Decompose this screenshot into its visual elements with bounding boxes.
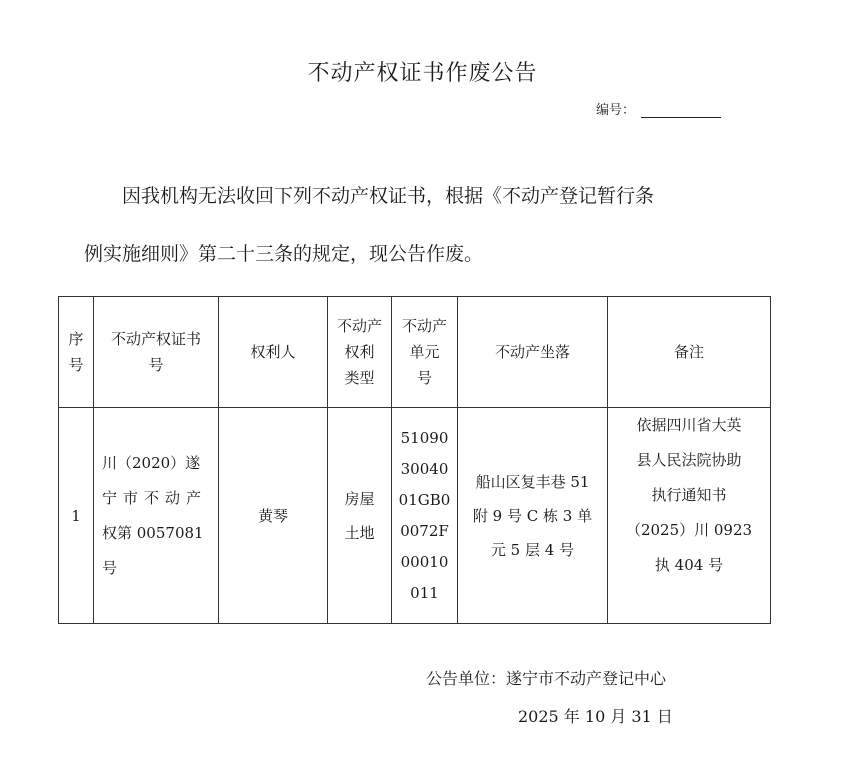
certificate-table: 序 号 不动产权证书 号 权利人 不动产 权利 类型 不动产 单元 号 不动产坐… bbox=[58, 296, 771, 624]
header-right-holder: 权利人 bbox=[219, 297, 328, 408]
cell-line: 0072F bbox=[394, 516, 455, 547]
cell-line: 30040 bbox=[394, 454, 455, 485]
table-row: 1 川（2020）遂 宁市不动产 权第 0057081 号 黄琴 房屋 土地 5… bbox=[59, 408, 771, 624]
cell-line: 执行通知书 bbox=[610, 478, 768, 513]
cell-line: 011 bbox=[394, 578, 455, 609]
cell-line: 51090 bbox=[394, 423, 455, 454]
announcement-body: 因我机构无法收回下列不动产权证书，根据《不动产登记暂行条 bbox=[84, 167, 764, 225]
header-certificate-number: 不动产权证书 号 bbox=[94, 297, 219, 408]
serial-label: 编号： bbox=[596, 103, 635, 118]
document-title: 不动产权证书作废公告 bbox=[0, 56, 845, 87]
header-text: 号 bbox=[394, 365, 455, 391]
cell-line: 船山区复丰巷 51 bbox=[460, 465, 605, 499]
header-text: 单元 bbox=[394, 339, 455, 365]
header-text: 序 bbox=[61, 326, 91, 352]
cell-line: （2025）川 0923 bbox=[610, 513, 768, 548]
cell-line: 宁市不动产 bbox=[102, 481, 216, 516]
cell-line: 元 5 层 4 号 bbox=[460, 533, 605, 567]
header-right-type: 不动产 权利 类型 bbox=[328, 297, 392, 408]
header-text: 不动产 bbox=[330, 313, 389, 339]
header-text: 备注 bbox=[610, 339, 768, 365]
issue-date: 2025 年 10 月 31 日 bbox=[518, 704, 673, 727]
header-unit-number: 不动产 单元 号 bbox=[392, 297, 458, 408]
serial-blank-line bbox=[641, 105, 721, 118]
cell-line: 权第 0057081 bbox=[102, 516, 216, 551]
cell-line: 县人民法院协助 bbox=[610, 443, 768, 478]
serial-number: 编号： bbox=[596, 99, 721, 118]
cell-right-holder: 黄琴 bbox=[219, 408, 328, 624]
issuing-authority: 公告单位：遂宁市不动产登记中心 bbox=[426, 666, 666, 689]
cell-right-type: 房屋 土地 bbox=[328, 408, 392, 624]
header-text: 权利 bbox=[330, 339, 389, 365]
header-text: 权利人 bbox=[221, 339, 325, 365]
body-line-2: 例实施细则》第二十三条的规定，现公告作废。 bbox=[84, 243, 483, 265]
cell-line: 依据四川省大英 bbox=[610, 408, 768, 443]
header-text: 不动产 bbox=[394, 313, 455, 339]
cell-line: 00010 bbox=[394, 547, 455, 578]
cell-line: 房屋 bbox=[330, 482, 389, 516]
cell-line: 附 9 号 C 栋 3 单 bbox=[460, 499, 605, 533]
cell-unit-number: 51090 30040 01GB0 0072F 00010 011 bbox=[392, 408, 458, 624]
cell-remarks: 依据四川省大英 县人民法院协助 执行通知书 （2025）川 0923 执 404… bbox=[608, 408, 771, 624]
cell-line: 号 bbox=[102, 551, 216, 586]
header-index: 序 号 bbox=[59, 297, 94, 408]
header-remarks: 备注 bbox=[608, 297, 771, 408]
header-location: 不动产坐落 bbox=[458, 297, 608, 408]
cell-index: 1 bbox=[59, 408, 94, 624]
header-text: 不动产坐落 bbox=[460, 339, 605, 365]
cell-line: 土地 bbox=[330, 516, 389, 550]
cell-line: 执 404 号 bbox=[610, 548, 768, 583]
cell-location: 船山区复丰巷 51 附 9 号 C 栋 3 单 元 5 层 4 号 bbox=[458, 408, 608, 624]
table-header-row: 序 号 不动产权证书 号 权利人 不动产 权利 类型 不动产 单元 号 不动产坐… bbox=[59, 297, 771, 408]
cell-line: 01GB0 bbox=[394, 485, 455, 516]
header-text: 类型 bbox=[330, 365, 389, 391]
header-text: 不动产权证书 bbox=[96, 326, 216, 352]
cell-certificate-number: 川（2020）遂 宁市不动产 权第 0057081 号 bbox=[94, 408, 219, 624]
header-text: 号 bbox=[96, 352, 216, 378]
announcement-body-cont: 例实施细则》第二十三条的规定，现公告作废。 bbox=[84, 225, 764, 283]
header-text: 号 bbox=[61, 352, 91, 378]
body-line-1: 因我机构无法收回下列不动产权证书，根据《不动产登记暂行条 bbox=[122, 185, 654, 207]
cell-line: 川（2020）遂 bbox=[102, 446, 216, 481]
